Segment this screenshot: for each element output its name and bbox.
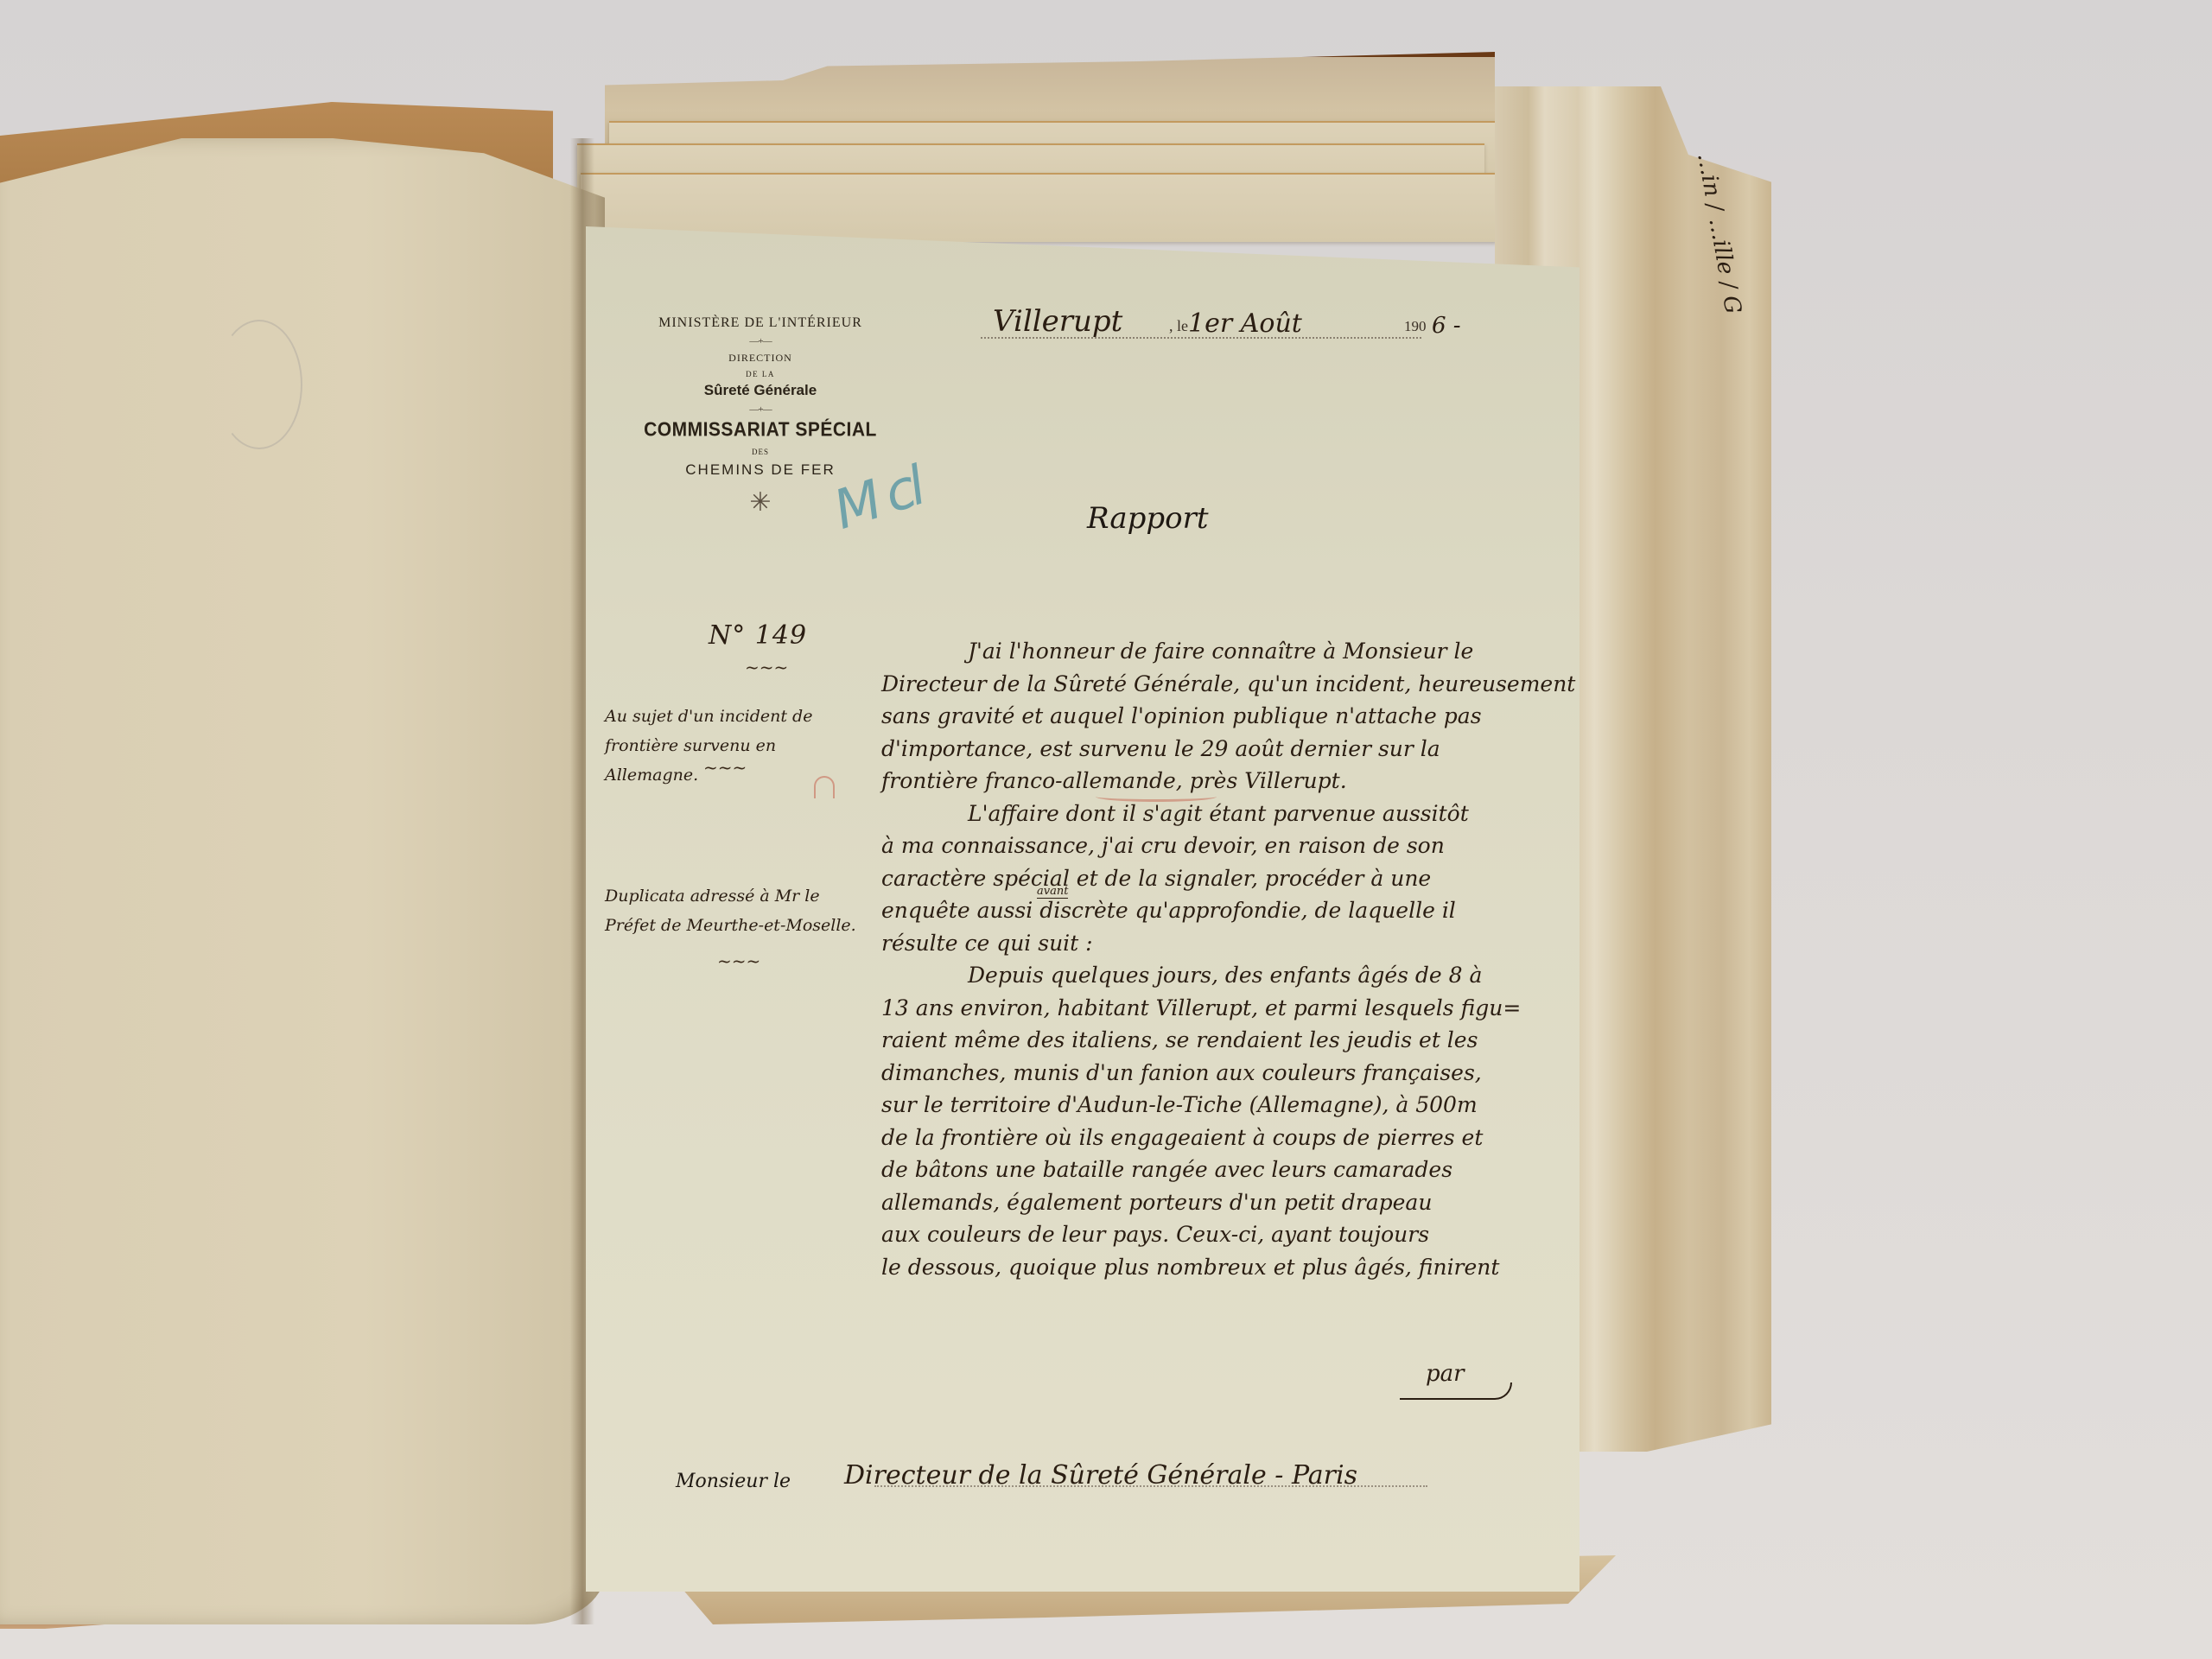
body-line: enquête aussi discrète qu'approfondie, d… bbox=[881, 894, 1555, 927]
report-body: J'ai l'honneur de faire connaître à Mons… bbox=[881, 635, 1555, 1283]
letterhead-de-la: DE LA bbox=[605, 370, 916, 378]
body-line: de bâtons une bataille rangée avec leurs… bbox=[881, 1154, 1555, 1186]
addressee-line: Monsieur le Directeur de la Sûreté Génér… bbox=[676, 1456, 1427, 1499]
red-pencil-mark-icon bbox=[814, 776, 835, 798]
body-line: 13 ans environ, habitant Villerupt, et p… bbox=[881, 992, 1555, 1025]
year-handwritten: 6 - bbox=[1432, 313, 1461, 339]
body-line: raient même des italiens, se rendaient l… bbox=[881, 1024, 1555, 1057]
squiggle-divider-icon: ~~~ bbox=[703, 757, 747, 778]
body-line: aux couleurs de leur pays. Ceux-ci, ayan… bbox=[881, 1218, 1555, 1251]
body-line: résulte ce qui suit : bbox=[881, 927, 1555, 960]
body-line: sans gravité et auquel l'opinion publiqu… bbox=[881, 700, 1555, 733]
ornamental-rule-icon: —+— bbox=[605, 404, 916, 415]
body-line: Depuis quelques jours, des enfants âgés … bbox=[881, 959, 1555, 992]
letterhead-commissariat: COMMISSARIAT SPÉCIAL bbox=[605, 419, 916, 442]
swash-flourish-icon bbox=[1400, 1382, 1512, 1400]
letterhead-ministry: MINISTÈRE DE L'INTÉRIEUR bbox=[605, 315, 916, 331]
body-line: Directeur de la Sûreté Générale, qu'un i… bbox=[881, 668, 1555, 701]
document-number: N° 149 bbox=[709, 620, 807, 651]
body-line: de la frontière où ils engageaient à cou… bbox=[881, 1122, 1555, 1154]
letterhead-surete: Sûreté Générale bbox=[605, 382, 916, 399]
ornamental-rule-icon: —+— bbox=[605, 336, 916, 346]
body-line: caractère spécial et de la signaler, pro… bbox=[881, 862, 1555, 895]
body-line: allemands, également porteurs d'un petit… bbox=[881, 1186, 1555, 1219]
body-line: dimanches, munis d'un fanion aux couleur… bbox=[881, 1057, 1555, 1090]
faded-stamp-icon bbox=[216, 320, 302, 449]
squiggle-divider-icon: ~~~ bbox=[745, 657, 788, 677]
body-line: sur le territoire d'Audun-le-Tiche (Alle… bbox=[881, 1089, 1555, 1122]
date-day-month: 1er Août bbox=[1188, 308, 1302, 339]
red-pencil-underline bbox=[1096, 791, 1217, 802]
year-printed: 190 bbox=[1404, 318, 1427, 335]
report-title: Rapport bbox=[1087, 501, 1209, 536]
place-name: Villerupt bbox=[993, 304, 1122, 339]
letterhead-direction: DIRECTION bbox=[605, 352, 916, 365]
addressee-handwritten: Directeur de la Sûreté Générale - Paris bbox=[844, 1460, 1357, 1491]
dateline: Villerupt , le 1er Août 190 6 - bbox=[981, 302, 1465, 346]
squiggle-divider-icon: ~~~ bbox=[717, 950, 760, 971]
duplicate-note: Duplicata adressé à Mr le Préfet de Meur… bbox=[605, 881, 873, 940]
letterhead-des: DES bbox=[605, 448, 916, 456]
left-folio-page bbox=[0, 138, 605, 1624]
body-line: J'ai l'honneur de faire connaître à Mons… bbox=[881, 635, 1555, 668]
body-line: frontière franco-allemande, près Villeru… bbox=[881, 765, 1555, 798]
body-line: d'importance, est survenu le 29 août der… bbox=[881, 733, 1555, 766]
addressee-printed: Monsieur le bbox=[676, 1471, 791, 1492]
body-line: le dessous, quoique plus nombreux et plu… bbox=[881, 1251, 1555, 1284]
paper-stack-sheet bbox=[581, 173, 1497, 242]
body-line: L'affaire dont il s'agit étant parvenue … bbox=[881, 798, 1555, 830]
body-line: à ma connaissance, j'ai cru devoir, en r… bbox=[881, 829, 1555, 862]
inserted-word: avant bbox=[1037, 885, 1068, 899]
date-prefix: , le bbox=[1169, 317, 1188, 335]
